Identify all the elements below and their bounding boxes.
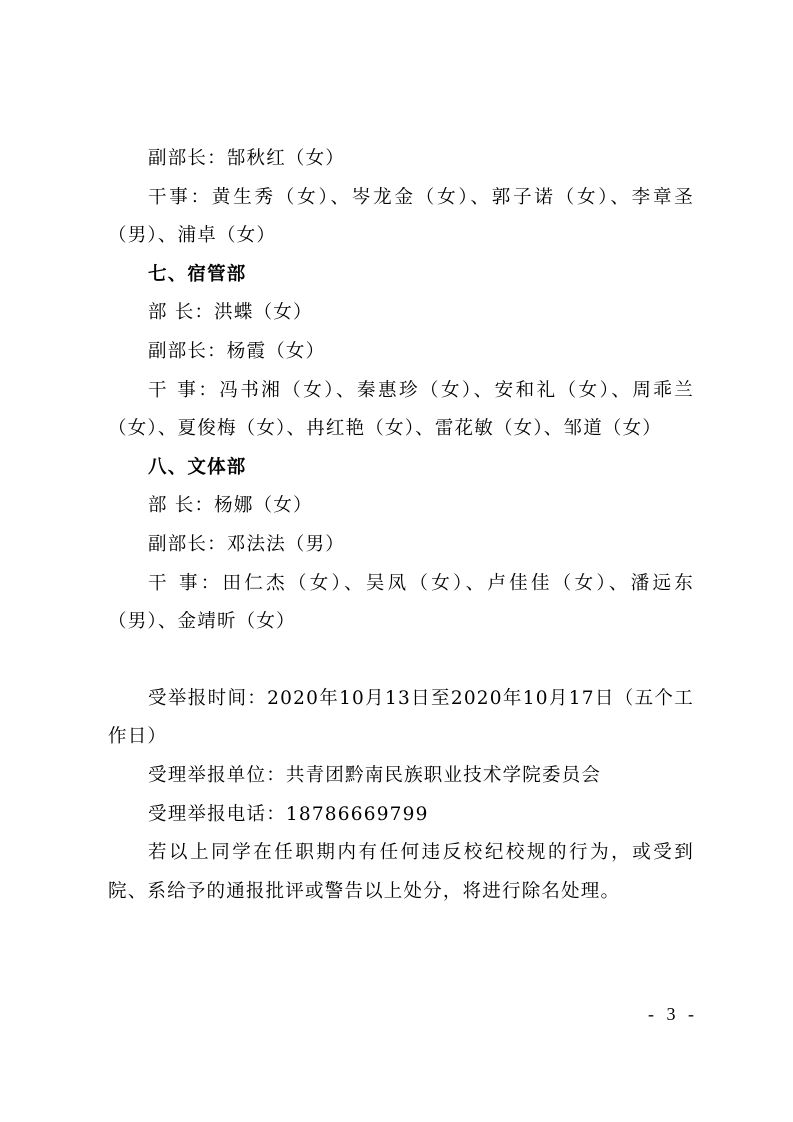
section-heading-sports: 八、文体部 [108, 449, 694, 488]
report-phone: 受理举报电话：18786669799 [108, 796, 694, 835]
staff-line: 干 事：田仁杰（女）、吴凤（女）、卢佳佳（女）、潘远东（男）、金靖昕（女） [108, 565, 694, 642]
staff-line: 干 事：冯书湘（女）、秦惠珍（女）、安和礼（女）、周乖兰（女）、夏俊梅（女）、冉… [108, 372, 694, 449]
document-page: 副部长：郜秋红（女） 干事：黄生秀（女）、岑龙金（女）、郭子诺（女）、李章圣（男… [108, 140, 694, 911]
minister-line: 部 长：杨娜（女） [108, 487, 694, 526]
spacer [108, 642, 694, 680]
vice-minister-line: 副部长：杨霞（女） [108, 333, 694, 372]
report-unit: 受理举报单位：共青团黔南民族职业技术学院委员会 [108, 757, 694, 796]
disciplinary-note: 若以上同学在任职期内有任何违反校纪校规的行为，或受到院、系给予的通报批评或警告以… [108, 834, 694, 911]
report-period: 受举报时间：2020年10月13日至2020年10月17日（五个工作日） [108, 680, 694, 757]
section-heading-dormitory: 七、宿管部 [108, 256, 694, 295]
minister-line: 部 长：洪蝶（女） [108, 294, 694, 333]
vice-minister-line: 副部长：郜秋红（女） [108, 140, 694, 179]
vice-minister-line: 副部长：邓法法（男） [108, 526, 694, 565]
page-number: - 3 - [648, 1004, 698, 1025]
staff-line: 干事：黄生秀（女）、岑龙金（女）、郭子诺（女）、李章圣（男）、浦卓（女） [108, 179, 694, 256]
